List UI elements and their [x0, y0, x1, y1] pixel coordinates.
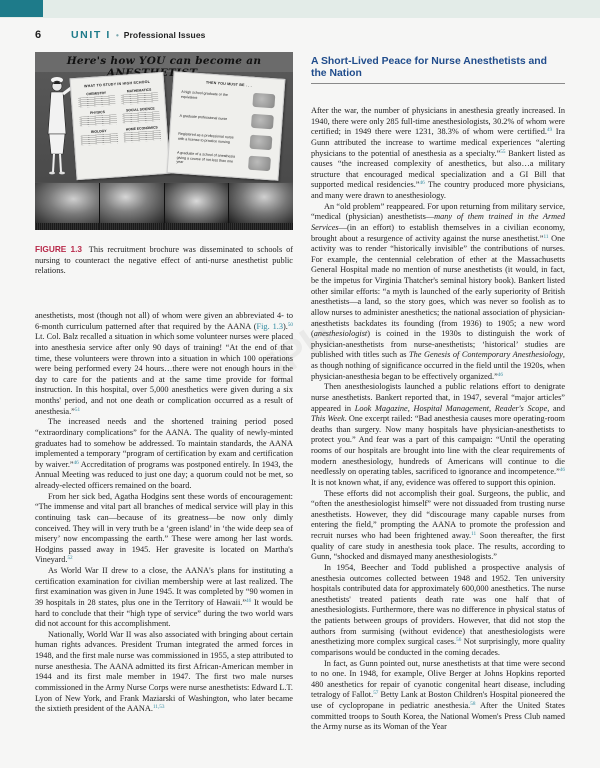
- paragraph: An “old problem” reappeared. For upon re…: [311, 202, 565, 383]
- text-run: . One excerpt railed: “Bad anesthesia ca…: [311, 414, 565, 476]
- italic-book-title: The Genesis of Contemporary Anesthesiolo…: [409, 350, 563, 359]
- running-header: 6 UNIT I • Professional Issues: [35, 28, 206, 42]
- unit-label: UNIT I: [71, 29, 111, 41]
- students-illustration-icon: [252, 93, 275, 109]
- subject-item: BIOLOGY: [80, 128, 118, 146]
- requirement-text: A graduate professional nurse: [179, 113, 239, 122]
- paragraph: The increased needs and the shortened tr…: [35, 417, 293, 491]
- poster-study-sheet: WHAT TO STUDY IN HIGH SCHOOL CHEMISTRY M…: [70, 72, 171, 180]
- right-column-body: After the war, the number of physicians …: [311, 106, 565, 733]
- citation-ref[interactable]: 50: [288, 322, 293, 328]
- text-run: One activity was to render “historically…: [311, 234, 565, 339]
- page-number: 6: [35, 29, 71, 41]
- operating-room-photo: [100, 183, 164, 223]
- paragraph: anesthetists, most (though not all) of w…: [35, 311, 293, 417]
- figure-caption: FIGURE 1.3 This recruitment brochure was…: [35, 244, 293, 277]
- paragraph: These efforts did not accomplish their g…: [311, 489, 565, 563]
- operating-room-photo: [165, 183, 229, 223]
- left-column-body: anesthetists, most (though not all) of w…: [35, 311, 293, 715]
- subjects-grid: CHEMISTRY MATHEMATICS PHYSICS SOCIAL SCI…: [71, 83, 167, 150]
- text-run: From her sick bed, Agatha Hodgins sent t…: [35, 492, 293, 565]
- poster-photo-captions: [35, 223, 293, 230]
- citation-ref[interactable]: 11,53: [153, 704, 164, 710]
- figure-cross-reference-link[interactable]: Fig. 1.3: [257, 322, 283, 331]
- subject-item: CHEMISTRY: [78, 90, 116, 108]
- text-run: After the war, the number of physicians …: [311, 106, 565, 136]
- italic-publication-name: This Week: [311, 414, 345, 423]
- section-heading: A Short-Lived Peace for Nurse Anesthetis…: [311, 56, 565, 84]
- subject-item: SOCIAL SCIENCE: [122, 106, 160, 124]
- citation-ref[interactable]: 51: [75, 407, 80, 413]
- figure-1-3-poster-image: Here's how YOU can become an ANESTHETIST…: [35, 52, 293, 230]
- paragraph: Then anesthesiologists launched a public…: [311, 382, 565, 488]
- separator-bullet: •: [116, 31, 119, 40]
- requirement-text: Registered as a professional nurse with …: [178, 132, 239, 146]
- paragraph: Nationally, World War II was also associ…: [35, 630, 293, 715]
- requirements-list: A high school graduate or the equivalent…: [167, 82, 283, 183]
- poster-title: Here's how YOU can become an ANESTHETIST…: [35, 55, 293, 79]
- text-run: Lt. Col. Balz recalled a situation in wh…: [35, 332, 293, 415]
- italic-text: anesthesiologist: [314, 329, 367, 338]
- subject-text-lines: [78, 95, 116, 108]
- paragraph: In fact, as Gunn pointed out, nurse anes…: [311, 659, 565, 733]
- paragraph: In 1954, Beecher and Todd published a pr…: [311, 563, 565, 659]
- citation-ref[interactable]: 46: [560, 467, 565, 473]
- subject-text-lines: [123, 130, 161, 143]
- poster-requirements-sheet: THEN YOU MUST BE . . . A high school gra…: [167, 71, 286, 181]
- text-run: —(in an effort) to establish themselves …: [311, 223, 565, 243]
- section-label: Professional Issues: [124, 30, 206, 40]
- italic-publication-names: Look Magazine, Hospital Management, Read…: [355, 404, 550, 413]
- subject-item: MATHEMATICS: [120, 87, 158, 105]
- top-color-band: [0, 0, 600, 18]
- figure-label: FIGURE 1.3: [35, 244, 82, 254]
- requirement-text: A high school graduate or the equivalent: [181, 90, 242, 104]
- text-run: It is not known what, if any, evidence w…: [311, 478, 555, 487]
- paragraph: After the war, the number of physicians …: [311, 106, 565, 202]
- subject-text-lines: [121, 92, 159, 105]
- citation-ref[interactable]: 46: [498, 372, 503, 378]
- subject-text-lines: [122, 111, 160, 124]
- operating-room-photo: [35, 183, 99, 223]
- text-run: and: [549, 404, 565, 413]
- text-run: Nationally, World War II was also associ…: [35, 630, 293, 713]
- citation-ref[interactable]: 52: [67, 555, 72, 561]
- subject-text-lines: [79, 114, 117, 127]
- requirement-text: A graduate of a school of anesthesia giv…: [176, 151, 237, 169]
- requirement-item: A high school graduate or the equivalent: [181, 88, 276, 109]
- nurse-portrait-icon: [251, 114, 274, 130]
- text-run: anesthetists, most (though not all) of w…: [35, 311, 293, 331]
- top-accent-block: [0, 0, 43, 17]
- paragraph: As World War II drew to a close, the AAN…: [35, 566, 293, 630]
- subject-item: HOME ECONOMICS: [123, 125, 161, 143]
- requirement-item: A graduate of a school of anesthesia giv…: [176, 151, 271, 172]
- license-certificate-icon: [249, 135, 272, 151]
- requirement-item: Registered as a professional nurse with …: [178, 130, 273, 151]
- subject-item: PHYSICS: [79, 109, 117, 127]
- operating-room-photo: [229, 183, 293, 223]
- nurse-illustration-icon: [43, 74, 73, 176]
- poster-photo-strip: [35, 183, 293, 223]
- school-building-icon: [248, 156, 271, 172]
- requirement-item: A graduate professional nurse: [179, 109, 274, 130]
- paragraph: From her sick bed, Agatha Hodgins sent t…: [35, 492, 293, 566]
- subject-text-lines: [81, 133, 119, 146]
- text-run: In 1954, Beecher and Todd published a pr…: [311, 563, 565, 646]
